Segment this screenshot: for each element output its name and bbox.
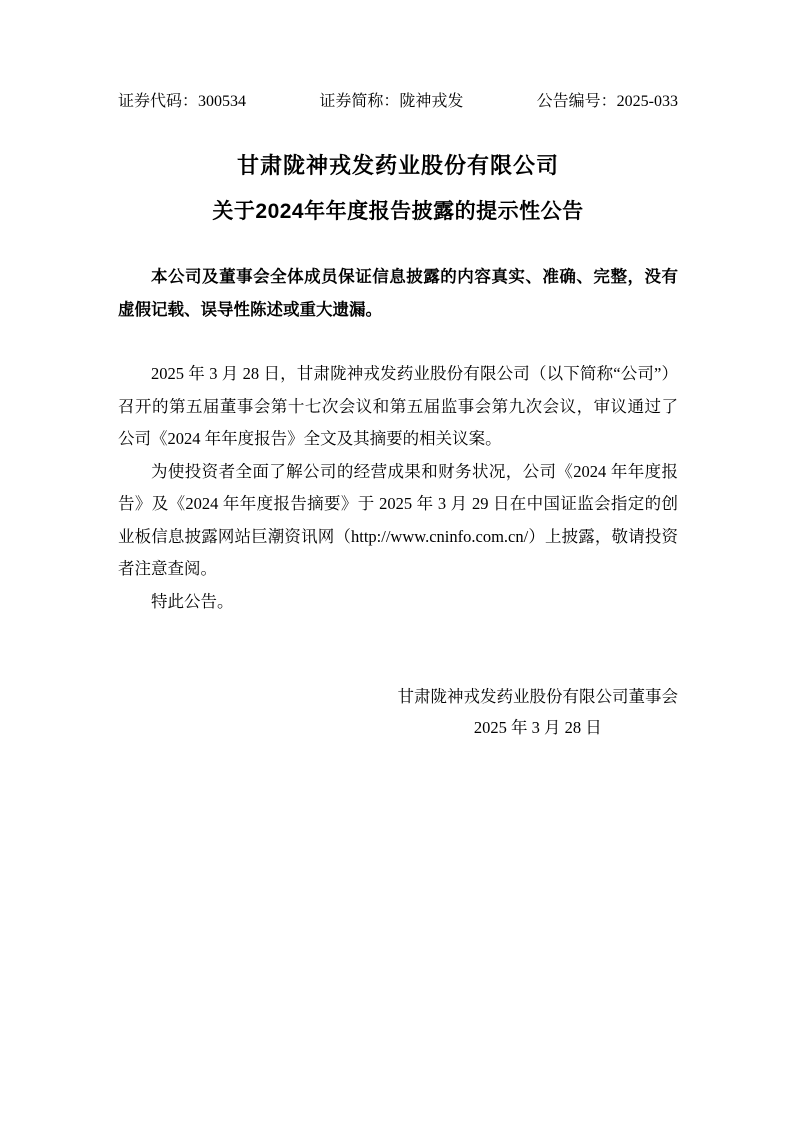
doc-header: 证券代码：300534 证券简称：陇神戎发 公告编号：2025-033: [118, 92, 678, 111]
body-paragraph-1: 2025 年 3 月 28 日，甘肃陇神戎发药业股份有限公司（以下简称“公司”）…: [118, 358, 678, 456]
signature-company: 甘肃陇神戎发药业股份有限公司董事会: [398, 681, 679, 712]
body-paragraph-2: 为使投资者全面了解公司的经营成果和财务状况，公司《2024 年年度报告》及《20…: [118, 456, 678, 586]
closing-text: 特此公告。: [118, 586, 678, 619]
stock-name-label: 证券简称：陇神戎发: [319, 92, 463, 111]
stock-code-label: 证券代码：300534: [118, 92, 246, 111]
announcement-page: 证券代码：300534 证券简称：陇神戎发 公告编号：2025-033 甘肃陇神…: [0, 0, 794, 1122]
page-subtitle: 关于2024年年度报告披露的提示性公告: [118, 199, 678, 224]
signature-date: 2025 年 3 月 28 日: [398, 712, 679, 743]
signature-block: 甘肃陇神戎发药业股份有限公司董事会 2025 年 3 月 28 日: [118, 681, 678, 743]
announcement-number-label: 公告编号：2025-033: [537, 92, 678, 111]
disclaimer-text: 本公司及董事会全体成员保证信息披露的内容真实、准确、完整，没有虚假记载、误导性陈…: [118, 261, 678, 326]
page-title: 甘肃陇神戎发药业股份有限公司: [118, 153, 678, 179]
